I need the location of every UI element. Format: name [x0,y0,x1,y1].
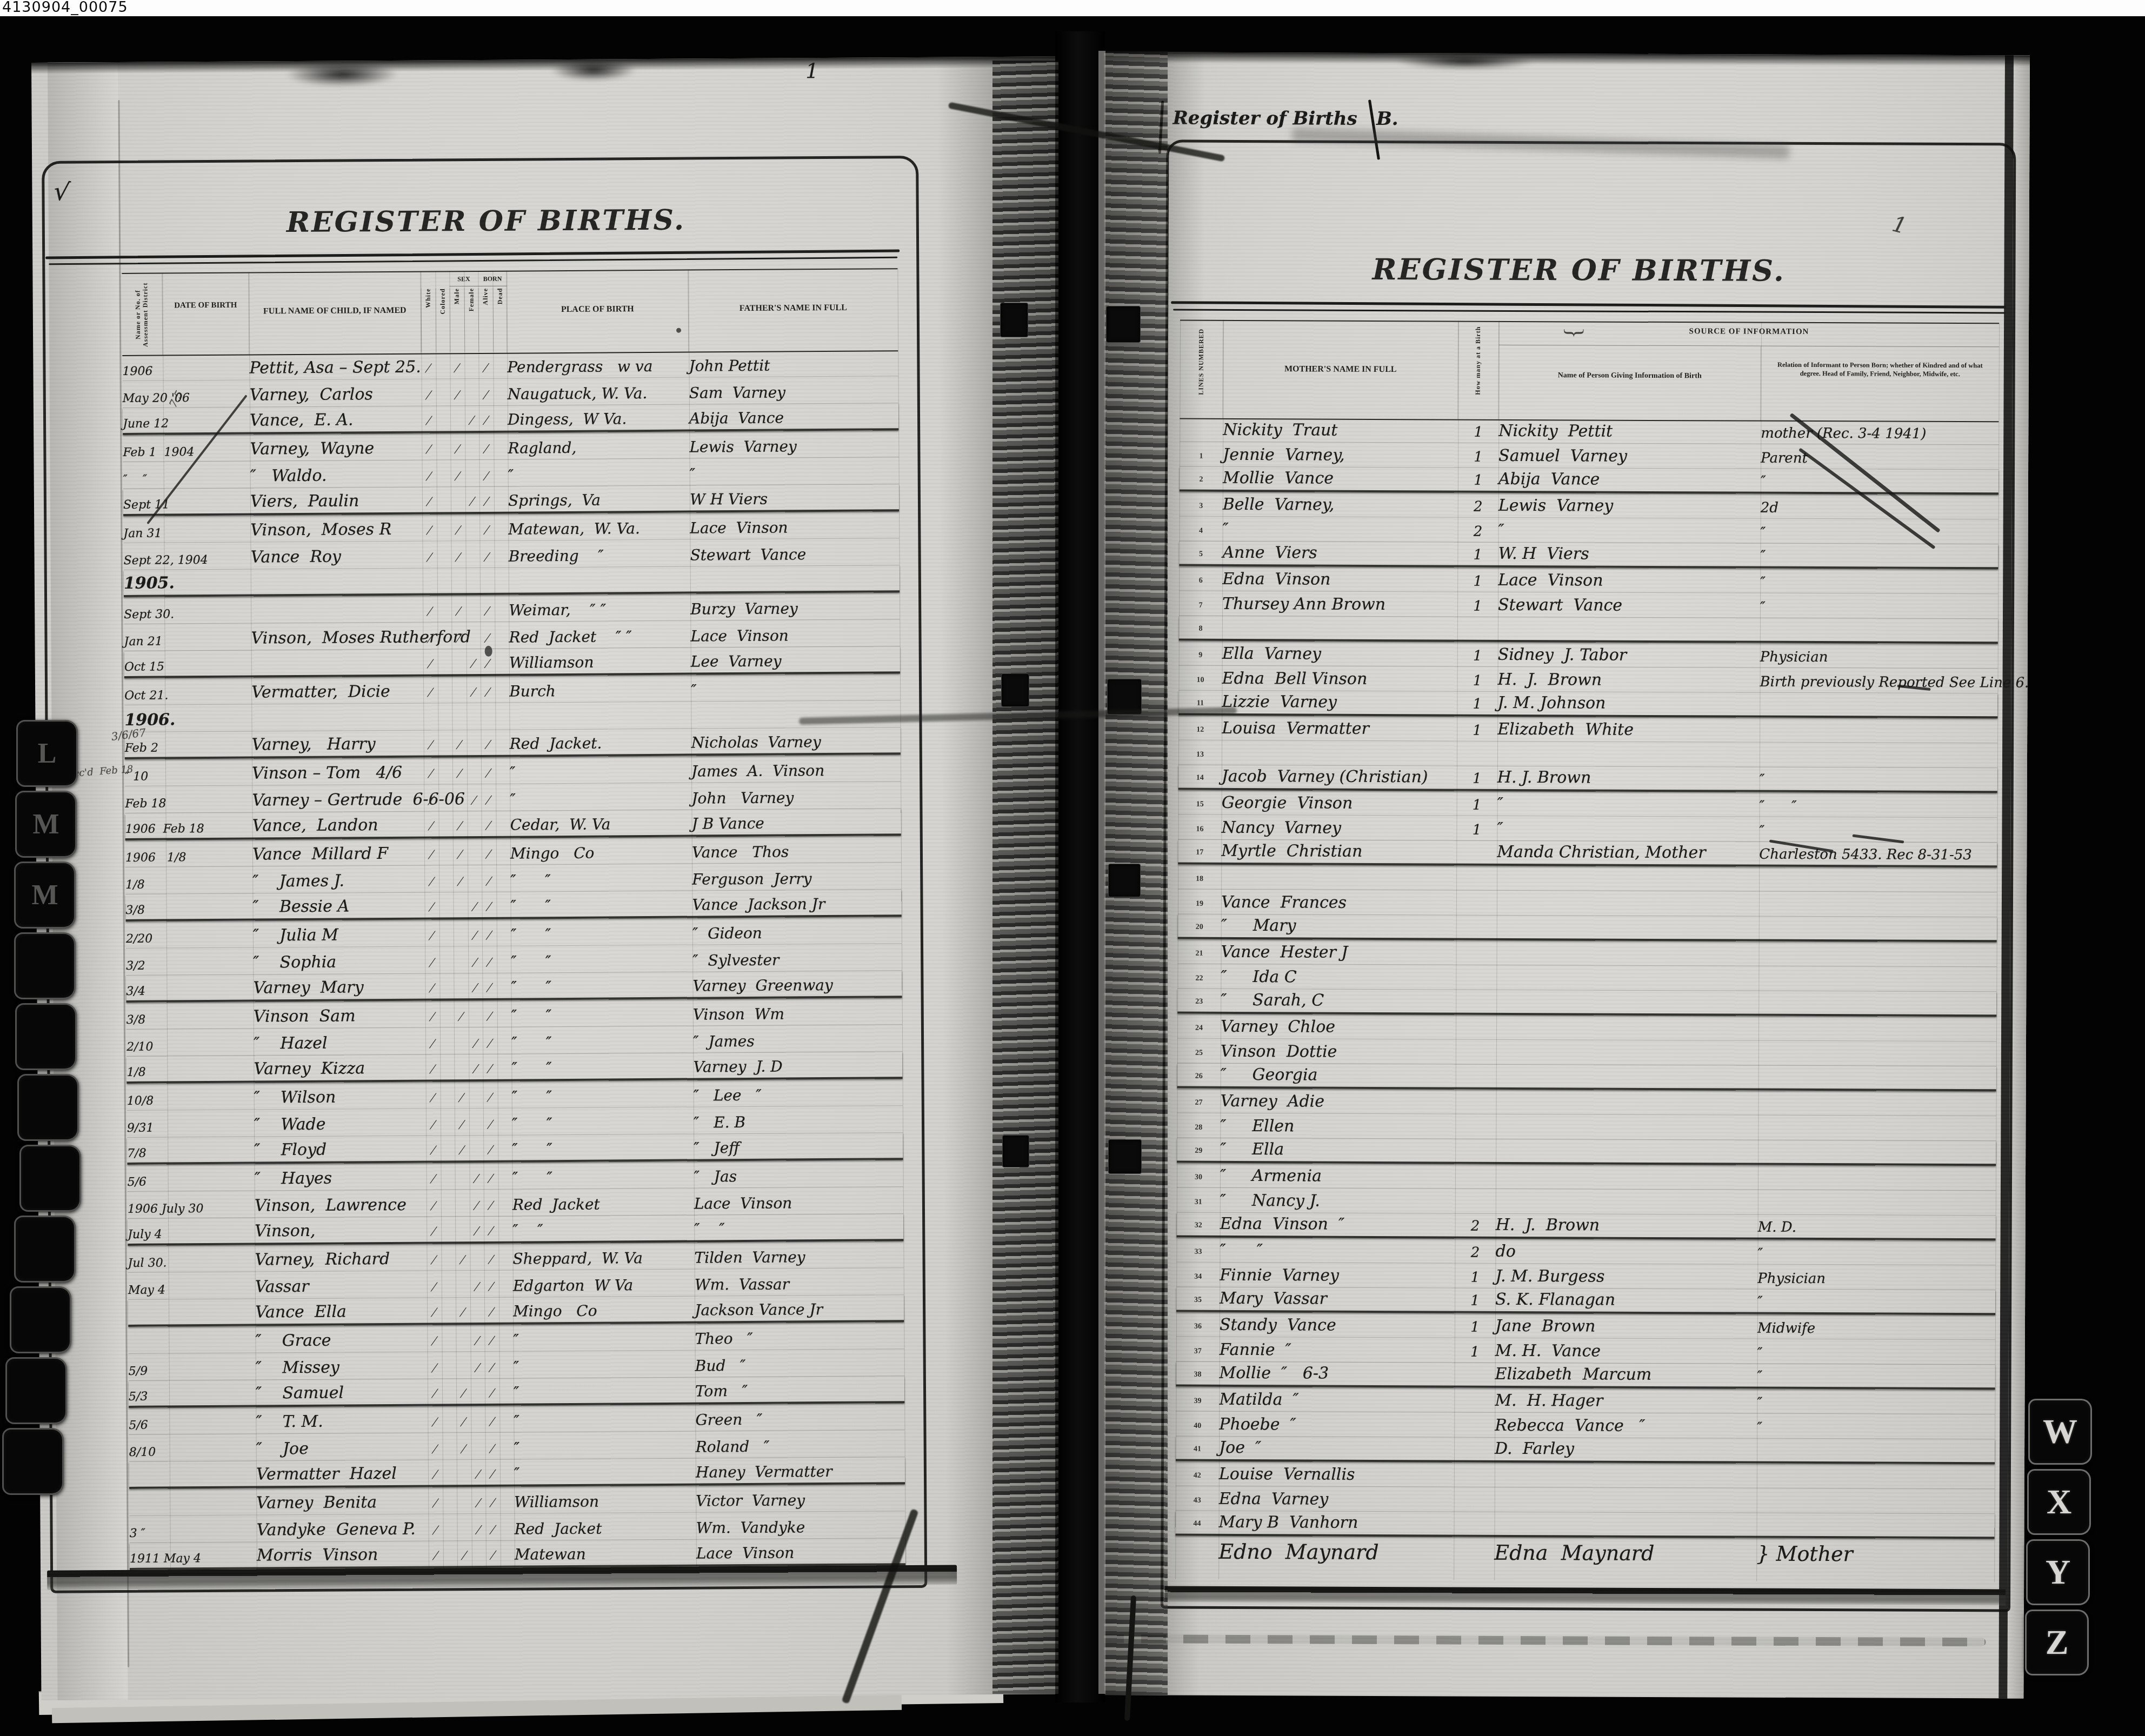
tick-mark: ∕ [482,873,496,890]
tick-mark [457,1466,471,1483]
cell-informant-name [1496,1160,1758,1161]
cell-mother-name: Edna Varney [1219,1490,1454,1510]
tick-mark [438,818,453,834]
cell-father-name: John Pettit [689,356,898,375]
register-row: Sept 11Viers, Paulin∕∕∕Springs, VaW H Vi… [123,484,899,516]
tick-mark [439,899,454,915]
tick-mark: ∕ [485,1360,499,1376]
tick-mark: ∕ [484,1198,498,1214]
tick-mark [499,1360,514,1376]
cell-line-number: 8 [1179,625,1222,637]
register-row: Oct 15∕∕∕WilliamsonLee Varney [124,646,900,678]
cell-informant-name: S. K. Flanagan [1495,1290,1757,1310]
column-header-alive: Alive [478,288,494,352]
tick-mark: ∕ [424,765,438,782]
register-row: 34Finnie Varney1J. M. BurgessPhysician [1176,1263,1995,1291]
tick-mark: ∕ [485,1385,499,1401]
tick-mark [467,846,482,863]
register-row: 22″ Ida C [1177,964,1996,992]
cell-date: 2/20 [126,932,253,946]
tick-mark: ∕ [451,468,465,484]
cell-informant-name [1496,1211,1758,1212]
cell-informant-name: J. M. Johnson [1497,693,1760,713]
tick-mark: ∕ [423,656,438,672]
cell-father-name: ″ Lee ″ [694,1085,903,1104]
cell-how-many: 1 [1458,449,1498,465]
cell-child-name: ″ Bessie A [252,897,424,917]
cell-child-name: Vinson, [255,1221,427,1241]
cell-mother-name: Finnie Varney [1220,1266,1455,1286]
cell-child-name: ″ T. M. [256,1412,428,1432]
gutter-page-edge-highlight [1098,51,1105,1694]
tick-mark [495,684,510,700]
register-row: 1906. [124,700,900,732]
cell-informant-name [1497,963,1759,964]
cell-place-of-birth: ″ [510,790,691,809]
cell-father-name: ″ [690,464,899,483]
cell-informant-name [1496,987,1758,989]
tick-mark [457,1522,472,1538]
cell-how-many: 1 [1457,797,1497,813]
column-header-male: Male [450,288,465,352]
tick-mark [467,765,481,782]
cell-date: 5/9 [129,1364,256,1378]
tick-mark [494,549,509,565]
register-row: 8/10″ Joe∕∕∕″Roland ″ [129,1430,905,1462]
register-row: 41Joe ″D. Farley [1176,1437,1995,1465]
tick-mark [471,1414,485,1430]
cell-relation: ″ [1760,575,1998,592]
cell-informant-name: ″ [1498,521,1761,541]
cell-child-name: Varney – Gertrude 6-6-06 [252,790,424,810]
cell-mother-name: ″ Georgia [1221,1065,1456,1085]
register-row: 23″ Sarah, C [1177,989,1996,1017]
tick-mark [496,899,511,915]
register-row: June 12Vance, E. A.∕∕∕Dingess, W Va.Abij… [123,403,898,435]
tick-mark [451,493,465,510]
cell-mother-name: Varney Chloe [1221,1017,1456,1037]
register-row: Jan 21Vinson, Moses Rutherford∕∕∕Red Jac… [124,619,900,651]
cell-father-name: Green ″ [695,1410,904,1428]
cell-informant-name: Lace Vinson [1498,571,1760,591]
tick-mark: ∕ [469,1171,484,1187]
cell-line-number: 19 [1178,900,1221,912]
tick-mark: ∕ [423,549,437,565]
register-row: 11Lizzie Varney1J. M. Johnson [1178,691,1997,719]
tick-mark [497,1009,511,1025]
cell-date: 1906 [122,364,249,378]
cell-mother-name: Vinson Dottie [1221,1042,1456,1062]
tick-mark: ∕ [483,1036,497,1052]
tick-mark [499,1385,514,1401]
cell-child-name: Varney, Harry [252,735,424,755]
tick-mark: ∕ [468,980,483,996]
register-row: 15Georgie Vinson1″″ ″ [1178,790,1997,818]
cell-father-name: Sam Varney [689,383,898,402]
cell-how-many: 1 [1457,598,1498,615]
cell-how-many: 1 [1458,472,1498,489]
tick-mark: ∕ [454,1009,469,1025]
cell-place-of-birth: Williamson [509,653,691,672]
tick-mark: ∕ [479,468,494,484]
tick-mark: ∕ [470,1360,485,1376]
cell-informant-name [1495,1510,1757,1511]
cell-date: Feb 2 [125,741,252,755]
register-row: 39Matilda ″M. H. Hager″ [1176,1387,1995,1415]
tick-mark: ∕ [480,549,495,565]
tick-mark: ∕ [427,1223,441,1239]
cell-place-of-birth [510,726,691,727]
tick-mark: ∕ [450,441,465,457]
cell-date: Feb 1 1904 [123,445,250,459]
cell-relation: ″ [1757,1246,1995,1263]
tick-mark: ∕ [483,1009,497,1025]
tick-mark: ∕ [424,792,438,809]
tick-mark [443,1522,457,1538]
tick-mark: ∕ [486,1547,501,1564]
register-row: 7/8″ Floyd∕∕∕″ ″″ Jeff [127,1133,903,1165]
cell-place-of-birth: Red Jacket. [510,734,691,753]
tick-mark [497,1117,512,1133]
tick-mark: ∕ [451,549,466,565]
letter-tab [5,1357,67,1424]
letter-tab [17,1074,79,1141]
register-row: 20″ Mary [1178,914,1997,943]
register-row: Jan 31Vinson, Moses R∕∕∕Matewan, W. Va.L… [123,511,899,543]
cell-relation: Physician [1757,1271,1995,1288]
tick-mark: ∕ [464,412,479,429]
cell-informant-name: W. H Viers [1498,544,1760,564]
tick-mark [500,1495,515,1511]
table-bottom-border [1165,1586,2006,1605]
register-row: 38Mollie ″ 6-3Elizabeth Marcum″ [1176,1362,1995,1390]
register-row: May 4Vassar∕∕∕Edgarton W VaWm. Vassar [128,1268,904,1300]
cell-child-name: ″ Wilson [254,1087,426,1107]
tick-mark: ∕ [469,1061,483,1077]
tick-mark: ∕ [426,1117,441,1133]
letter-tab: L [16,720,78,787]
column-header-father-name: FATHER'S NAME IN FULL [688,269,898,351]
binder-clip [1001,673,1029,707]
cell-father-name: James A. Vinson [691,761,901,780]
tick-mark: ∕ [422,387,436,403]
cell-child-name: Varney Kizza [254,1059,425,1079]
tick-mark [438,846,453,863]
register-row: 3/2″ Sophia∕∕∕″ ″″ Sylvester [126,944,902,976]
cell-mother-name: Mary Vassar [1220,1289,1455,1309]
cell-place-of-birth: ″ [514,1411,695,1430]
register-row: 25Vinson Dottie [1177,1039,1996,1067]
tick-mark: ∕ [424,873,439,890]
cell-place-of-birth: Mingo Co [510,844,692,863]
tick-mark [495,630,509,646]
register-row: 5Anne Viers1W. H Viers″ [1179,542,1998,570]
cell-date: 1906 July 30 [128,1202,255,1216]
cell-place-of-birth: ″ ″ [511,925,692,944]
tick-mark [499,1333,514,1349]
cell-date: June 12 [123,417,250,431]
cell-informant-name: Manda Christian, Mother [1497,843,1759,863]
tick-mark [498,1171,512,1187]
cell-father-name: Jackson Vance Jr [695,1300,904,1319]
tab-letter: Y [2046,1552,2070,1592]
tick-mark: ∕ [455,1090,469,1106]
cell-relation: mother (Rec. 3-4 1941) [1761,425,1999,443]
cell-place-of-birth: Cedar, W. Va [510,815,692,834]
tick-mark: ∕ [426,1090,441,1106]
cell-mother-name: Edna Vinson [1222,570,1457,590]
register-row: 2/20″ Julia M∕∕∕″ ″″ Gideon [126,917,902,949]
tick-mark: ∕ [452,765,467,782]
tick-mark [494,522,509,538]
tick-mark [498,1198,512,1214]
tick-mark: ∕ [455,1142,469,1158]
tick-mark: ∕ [453,873,468,890]
tick-mark [464,360,479,376]
cell-informant-name: Jane Brown [1495,1317,1757,1337]
register-row: 1906 1/8Vance Millard F∕∕∕Mingo CoVance … [125,836,901,867]
cell-date: 5/3 [129,1390,256,1404]
cell-informant-name: Samuel Varney [1498,446,1761,466]
register-row: 42Louise Vernallis [1176,1461,1995,1490]
cell-informant-name: Nickity Pettit [1498,422,1761,442]
tick-mark: ∕ [422,441,436,457]
tick-mark [436,468,451,484]
tick-mark [495,737,510,753]
cell-line-number: 43 [1176,1497,1219,1508]
tick-mark: ∕ [429,1547,443,1564]
cell-informant-name [1495,1485,1757,1486]
cell-child-name: ″ James J. [252,871,424,891]
cell-informant-name: H. J. Brown [1496,1216,1758,1236]
cell-relation [1757,1486,1995,1487]
tab-letter: X [2047,1482,2071,1522]
register-row: 30″ Armenia [1177,1163,1996,1191]
tick-mark [436,493,451,510]
tick-mark [452,684,467,700]
tick-mark: ∕ [471,1495,486,1511]
tick-mark [441,1142,455,1158]
cell-relation: ″ [1757,1294,1995,1311]
register-row: ″ ″″ Waldo.∕∕∕″″ [123,457,899,489]
cell-line-number: 16 [1178,825,1221,837]
cell-place-of-birth: Matewan, W. Va. [508,519,690,538]
tick-mark [437,522,451,538]
tick-mark: ∕ [425,980,439,996]
cell-date [128,1322,255,1323]
cell-mother-name: Edna Vinson ″ [1220,1214,1455,1234]
tick-mark [498,1279,513,1295]
register-row: 33″ ″2do″ [1176,1238,1995,1266]
cell-informant-name: Rebecca Vance ″ [1495,1416,1757,1436]
cell-child-name: Morris Vinson [257,1545,429,1565]
tick-mark [500,1522,515,1538]
left-table-header: Name or No. of Assessment District DATE … [122,268,898,356]
tick-mark: ∕ [482,980,497,996]
tick-mark: ∕ [427,1171,441,1187]
scanned-register-spread: √ 1 REGISTER OF BIRTHS. Name or No. of A… [0,0,2145,1736]
register-row: Sept 30.∕∕∕Weimar, ″ ″Burzy Varney [124,592,900,624]
cell-father-name: John Varney [691,788,901,807]
cell-line-number: 2 [1180,476,1223,488]
tick-mark [436,441,451,457]
tick-mark [441,1223,456,1239]
cell-relation: ″ [1760,772,1997,789]
ink-smudge [550,59,637,81]
tick-mark [465,468,479,484]
tick-mark: ∕ [479,493,494,510]
left-page: √ 1 REGISTER OF BIRTHS. Name or No. of A… [31,56,1071,1700]
cell-how-many: 1 [1457,573,1498,590]
register-row: 3 ″Vandyke Geneva P.∕∕∕Red JacketWm. Van… [129,1511,905,1543]
cell-relation [1758,989,1996,990]
tick-mark: ∕ [467,684,481,700]
register-row: 18 [1178,865,1997,893]
cell-father-name: W H Viers [690,489,899,508]
column-header-colored: Colored [435,288,450,352]
cell-line-number: 10 [1178,676,1222,688]
tick-mark: ∕ [480,603,495,619]
cell-line-number: 20 [1178,923,1221,935]
binder-clip [1108,864,1141,897]
cell-relation [1758,1187,1996,1189]
tick-mark: ∕ [483,1090,498,1106]
cell-relation: ″ [1760,548,1998,565]
cell-mother-name: Ella Varney [1222,644,1457,664]
cell-father-name: Theo ″ [695,1328,904,1347]
tick-mark: ∕ [483,1117,498,1133]
tick-mark [454,927,468,944]
column-header-place-of-birth: PLACE OF BIRTH [507,271,689,353]
cell-place-of-birth: ″ ″ [510,896,692,915]
cell-line-number: 13 [1178,751,1222,763]
tick-mark: ∕ [425,927,439,944]
cell-informant-name [1496,1085,1758,1086]
tick-mark [440,1117,455,1133]
cell-place-of-birth: Edgarton W Va [513,1276,695,1295]
column-header-white: White [421,288,436,352]
cell-informant-name: Sidney J. Tabor [1498,645,1760,665]
cell-relation [1758,1012,1996,1013]
cell-how-many: 1 [1457,648,1498,664]
cell-informant-name [1496,1037,1758,1038]
cell-place-of-birth: ″ [514,1464,696,1483]
tick-mark [442,1385,456,1401]
cell-line-number: 33 [1176,1248,1220,1260]
register-row: 1/8″ James J.∕∕∕″ ″Ferguson Jerry [125,863,901,894]
register-row: Varney Benita∕∕∕WilliamsonVictor Varney [129,1484,905,1516]
cell-child-name: Viers, Paulin [250,491,422,511]
cell-relation: Physician [1760,649,1998,666]
cell-how-many: 1 [1455,1293,1495,1309]
tick-mark: ∕ [453,846,468,863]
cell-relation [1758,1038,1996,1039]
cell-mother-name: Myrtle Christian [1221,842,1456,862]
cell-child-name: ″ Waldo. [250,466,422,486]
cell-how-many: 1 [1457,696,1497,712]
tick-mark [497,1036,512,1052]
cell-relation: ″ [1757,1345,1995,1363]
cell-informant-name [1498,638,1760,639]
cell-child-name [252,728,424,729]
cell-informant-name: do [1495,1242,1757,1262]
tick-mark: ∕ [456,1304,470,1320]
torn-top-edge [31,56,1061,77]
tick-mark: ∕ [421,360,436,376]
cell-line-number: 6 [1179,577,1222,589]
column-header-district: Name or No. of Assessment District [122,274,163,355]
cell-child-name: Vance Millard F [252,844,424,864]
tick-mark [455,1171,470,1187]
cell-father-name: Lace Vinson [690,518,899,537]
cell-mother-name: Matilda ″ [1219,1390,1454,1410]
cell-relation [1756,1534,1994,1535]
tick-mark: ∕ [470,1333,485,1349]
cell-how-many: 1 [1457,723,1497,739]
cell-child-name: Varney, Carlos [250,385,422,405]
tick-mark [471,1547,486,1564]
tick-mark [469,1090,483,1106]
register-row: 14Jacob Varney (Christian)1H. J. Brown″ [1178,765,1997,793]
cell-mother-name: ″ Sarah, C [1221,991,1456,1011]
cell-how-many: 1 [1455,1344,1495,1360]
cell-relation [1759,889,1997,890]
cell-mother-name: Varney Adie [1220,1092,1455,1112]
cell-line-number: 7 [1179,602,1222,613]
cell-relation [1760,765,1997,766]
cell-child-name: ″ Hayes [255,1169,427,1189]
register-row: 6Edna Vinson1Lace Vinson″ [1179,566,1998,595]
cell-father-name: ″ James [693,1031,902,1050]
cell-father-name: Wm. Vassar [695,1274,904,1293]
tick-mark [438,792,453,809]
letter-tab: X [2027,1469,2091,1535]
cell-date: ″ 10 [125,770,252,784]
tick-mark: ∕ [422,468,437,484]
tick-mark: ∕ [479,412,494,429]
tick-mark: ∕ [484,1171,498,1187]
tick-mark [493,387,508,403]
cell-place-of-birth: ″ ″ [512,1168,694,1187]
register-row: 32Edna Vinson ″2H. J. BrownM. D. [1177,1213,1996,1241]
cell-line-number: 40 [1176,1422,1219,1434]
cell-mother-name: Mollie ″ 6-3 [1220,1364,1455,1384]
register-row: 28″ Ellen [1177,1113,1996,1141]
letter-tab [14,932,76,999]
letter-tab: Y [2026,1539,2090,1605]
tick-mark: ∕ [450,387,465,403]
cell-place-of-birth: ″ ″ [512,1114,694,1133]
cell-date: May 4 [128,1283,255,1297]
tick-mark [494,493,508,510]
cell-how-many: 1 [1457,771,1497,787]
tick-mark [455,1198,470,1214]
tick-mark: ∕ [456,1385,471,1401]
column-header-female: Female [464,288,479,352]
tick-mark [455,1223,470,1239]
cell-informant-name [1497,888,1759,889]
cell-date: Oct 15 [124,660,251,674]
tick-mark: ∕ [428,1414,442,1430]
tick-mark [497,980,511,996]
cell-relation: Birth previously Reported See Line 6. [1760,674,1997,691]
cell-father-name: Tilden Varney [694,1247,903,1266]
cell-line-number: 23 [1177,998,1221,1010]
cell-informant-name [1496,1137,1758,1138]
cell-how-many: 2 [1458,499,1498,515]
cell-line-number: 3 [1180,502,1223,514]
cell-line-number: 21 [1178,950,1221,962]
